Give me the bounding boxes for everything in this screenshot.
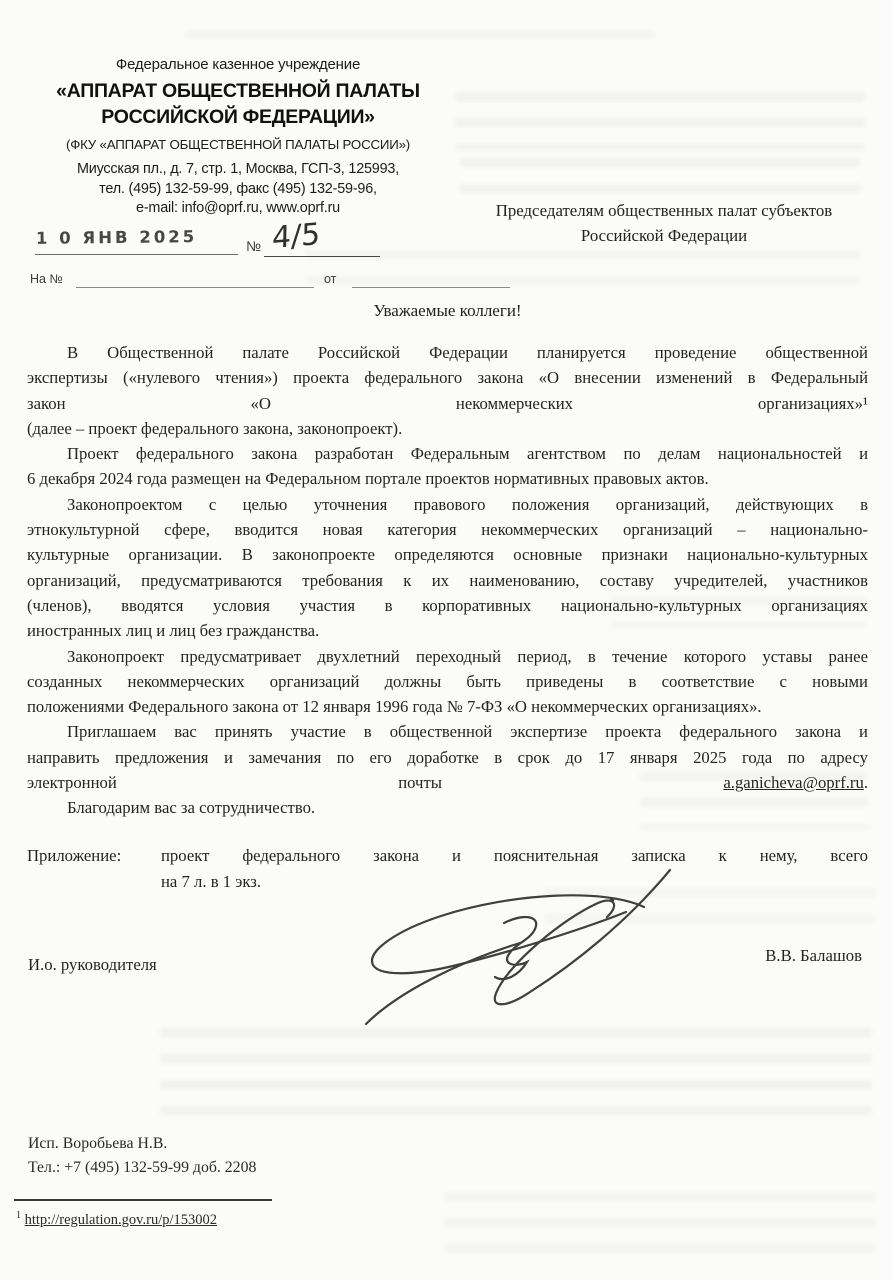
paragraph-5: Приглашаем вас принять участие в обществ… — [27, 719, 868, 770]
handwritten-signature — [322, 860, 682, 1038]
body-line: экспертизы («нулевого чтения») проекта ф… — [27, 365, 868, 390]
body-line: направить предложения и замечания по его… — [27, 745, 868, 770]
salutation: Уважаемые коллеги! — [27, 301, 868, 321]
email-line-suffix: . — [864, 773, 868, 792]
addressee-line1: Председателям общественных палат субъект… — [452, 198, 876, 223]
institution-type: Федеральное казенное учреждение — [26, 56, 450, 73]
body-line: созданных некоммерческих организаций дол… — [27, 669, 868, 694]
scanned-letter-page: Федеральное казенное учреждение «АППАРАТ… — [0, 0, 892, 1280]
paragraph-3: Законопроектом с целью уточнения правово… — [27, 492, 868, 644]
body-line: Приглашаем вас принять участие в обществ… — [27, 719, 868, 744]
addressee-line2: Российской Федерации — [452, 223, 876, 248]
body-line: Проект федерального закона разработан Фе… — [27, 441, 868, 466]
paragraph-5-email-line: электронной почты a.ganicheva@oprf.ru. — [27, 770, 868, 795]
paragraph-6: Благодарим вас за сотрудничество. — [27, 795, 868, 820]
body-line: этнокультурной сфере, вводится новая кат… — [27, 517, 868, 542]
number-label: № — [246, 238, 261, 254]
email-line-prefix: электронной почты — [27, 773, 723, 792]
body-line: (членов), вводятся условия участия в кор… — [27, 593, 868, 618]
paragraph-2: Проект федерального закона разработан Фе… — [27, 441, 868, 492]
body-line: культурные организации. В законопроекте … — [27, 542, 868, 567]
body-line: (далее – проект федерального закона, зак… — [27, 416, 868, 441]
incoming-from-label: от — [324, 272, 336, 286]
footnote-marker: 1 — [16, 1210, 21, 1221]
executor-phone: Тел.: +7 (495) 132-59-99 доб. 2208 — [28, 1156, 256, 1180]
number-underline — [264, 256, 380, 257]
body-line: закон «О некоммерческих организациях»¹ — [27, 391, 868, 416]
incoming-number-underline — [76, 287, 314, 288]
body-line: иностранных лиц и лиц без гражданства. — [27, 618, 868, 643]
bleed-through-artifact — [455, 92, 865, 150]
addressee-block: Председателям общественных палат субъект… — [452, 198, 876, 248]
paragraph-4: Законопроект предусматривает двухлетний … — [27, 644, 868, 720]
date-stamp: 1 0 ЯНВ 2025 — [36, 227, 197, 248]
footnote-divider — [14, 1199, 272, 1201]
attachment-label: Приложение: — [27, 843, 161, 894]
org-phones: тел. (495) 132-59-99, факс (495) 132-59-… — [26, 180, 450, 200]
footnote-url-link[interactable]: http://regulation.gov.ru/p/153002 — [25, 1212, 217, 1228]
incoming-from-underline — [352, 287, 510, 288]
letterhead: Федеральное казенное учреждение «АППАРАТ… — [26, 56, 450, 219]
body-line: Законопроект предусматривает двухлетний … — [27, 644, 868, 669]
org-short-name: (ФКУ «АППАРАТ ОБЩЕСТВЕННОЙ ПАЛАТЫ РОССИИ… — [26, 137, 450, 152]
body-line: положениями Федерального закона от 12 ян… — [27, 694, 868, 719]
body-line: организаций, предусматриваются требовани… — [27, 568, 868, 593]
bleed-through-artifact — [160, 1028, 872, 1124]
executor-name: Исп. Воробьева Н.В. — [28, 1132, 256, 1156]
handwritten-number: 4/5 — [272, 217, 321, 256]
email-link[interactable]: a.ganicheva@oprf.ru — [723, 773, 863, 792]
body-line: В Общественной палате Российской Федерац… — [27, 340, 868, 365]
incoming-number-label: На № — [30, 272, 63, 286]
bleed-through-artifact — [445, 1192, 875, 1268]
body-line: Законопроектом с целью уточнения правово… — [27, 492, 868, 517]
signer-position: И.о. руководителя — [28, 955, 157, 975]
org-address: Миусская пл., д. 7, стр. 1, Москва, ГСП-… — [26, 160, 450, 180]
footnote: 1 http://regulation.gov.ru/p/153002 — [16, 1210, 217, 1229]
executor-block: Исп. Воробьева Н.В. Тел.: +7 (495) 132-5… — [28, 1132, 256, 1180]
org-email-web: e-mail: info@oprf.ru, www.oprf.ru — [26, 199, 450, 219]
org-name-line2: РОССИЙСКОЙ ФЕДЕРАЦИИ» — [26, 104, 450, 130]
org-name-line1: «АППАРАТ ОБЩЕСТВЕННОЙ ПАЛАТЫ — [26, 78, 450, 104]
bleed-through-artifact — [185, 30, 655, 50]
signer-name: В.В. Балашов — [765, 946, 862, 966]
paragraph-1: В Общественной палате Российской Федерац… — [27, 340, 868, 441]
letter-body: В Общественной палате Российской Федерац… — [27, 340, 868, 821]
date-underline — [35, 254, 238, 255]
body-line: 6 декабря 2024 года размещен на Федераль… — [27, 466, 868, 491]
